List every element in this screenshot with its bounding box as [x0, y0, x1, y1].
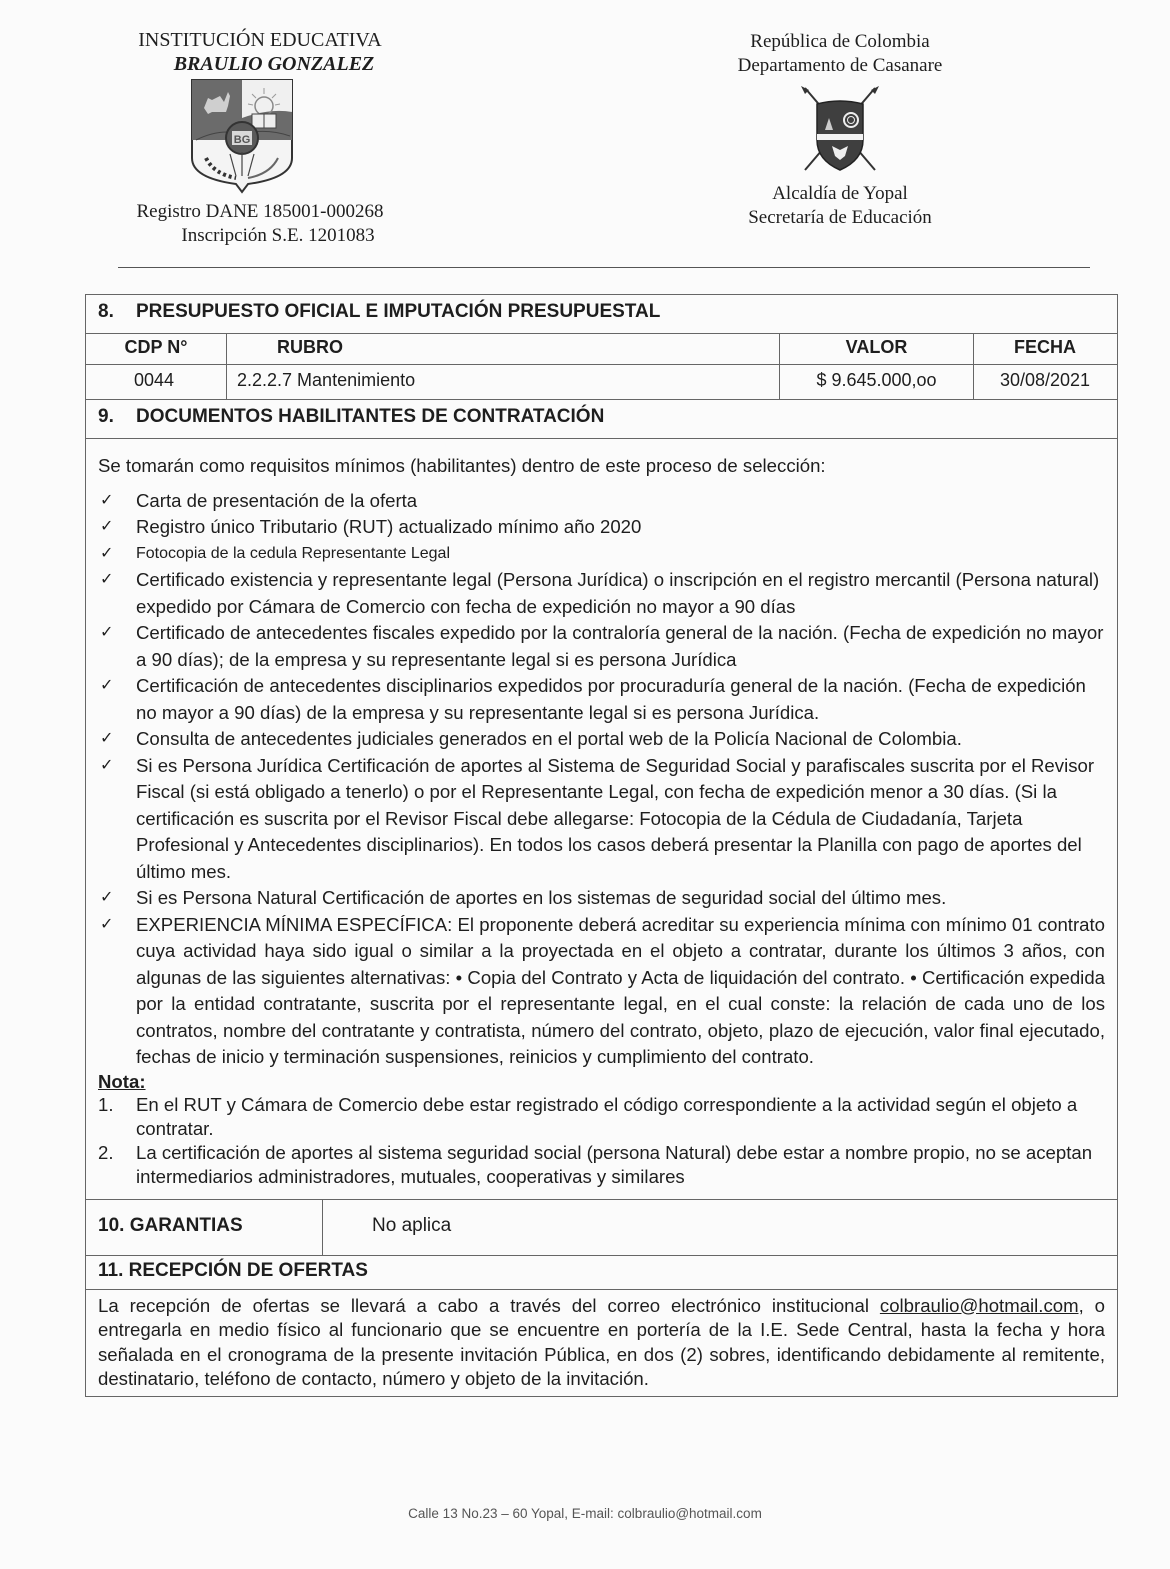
list-item: ✓Consulta de antecedentes judiciales gen… [98, 726, 1105, 753]
institution-header: INSTITUCIÓN EDUCATIVA BRAULIO GONZALEZ B… [100, 28, 420, 248]
section-10: 10. GARANTIAS No aplica [86, 1200, 1117, 1256]
list-item: ✓EXPERIENCIA MÍNIMA ESPECÍFICA: El propo… [98, 912, 1105, 1071]
list-item: ✓Certificado de antecedentes fiscales ex… [98, 620, 1105, 673]
cell-fecha: 30/08/2021 [974, 365, 1116, 399]
list-item: ✓Certificado existencia y representante … [98, 567, 1105, 620]
cell-rubro: 2.2.2.7 Mantenimiento [227, 365, 780, 399]
cell-valor: $ 9.645.000,oo [780, 365, 974, 399]
note-item: 2.La certificación de aportes al sistema… [98, 1141, 1105, 1189]
list-item: ✓Si es Persona Natural Certificación de … [98, 885, 1105, 912]
checkmark-icon: ✓ [100, 488, 113, 515]
section-number: 9. [98, 406, 136, 428]
section-9-title: 9.DOCUMENTOS HABILITANTES DE CONTRATACIÓ… [86, 400, 1117, 439]
guarantees-value: No aplica [323, 1200, 451, 1255]
checkmark-icon: ✓ [100, 514, 113, 541]
list-item: ✓Certificación de antecedentes disciplin… [98, 673, 1105, 726]
column-header-cdp: CDP N° [86, 334, 227, 364]
budget-table-header: CDP N° RUBRO VALOR FECHA [86, 334, 1117, 365]
requirement-text: Certificación de antecedentes disciplina… [136, 675, 1086, 723]
notes-list: 1.En el RUT y Cámara de Comercio debe es… [98, 1093, 1105, 1189]
section-11-title: 11. RECEPCIÓN DE OFERTAS [86, 1256, 1117, 1290]
table-row: 0044 2.2.2.7 Mantenimiento $ 9.645.000,o… [86, 365, 1117, 400]
document-form: 8.PRESUPUESTO OFICIAL E IMPUTACIÓN PRESU… [85, 294, 1118, 1397]
requirement-text: Si es Persona Jurídica Certificación de … [136, 755, 1094, 882]
svg-text:BG: BG [234, 134, 251, 146]
government-header: República de Colombia Departamento de Ca… [700, 30, 980, 230]
section-title-text: DOCUMENTOS HABILITANTES DE CONTRATACIÓN [136, 406, 604, 427]
header-divider [118, 267, 1090, 268]
country-name: República de Colombia [700, 30, 980, 54]
guarantees-label: 10. GARANTIAS [86, 1200, 323, 1255]
requirement-text: Registro único Tributario (RUT) actualiz… [136, 516, 641, 537]
checkmark-icon: ✓ [100, 912, 113, 939]
list-item: ✓Registro único Tributario (RUT) actuali… [98, 514, 1105, 541]
column-header-fecha: FECHA [974, 334, 1116, 364]
institution-shield-icon: BG [190, 78, 294, 194]
casanare-coat-of-arms-icon [795, 84, 885, 176]
institution-type: INSTITUCIÓN EDUCATIVA [100, 28, 420, 52]
requirements-intro: Se tomarán como requisitos mínimos (habi… [98, 453, 1105, 480]
column-header-rubro: RUBRO [227, 334, 780, 364]
checkmark-icon: ✓ [100, 620, 113, 647]
requirement-text: Certificado existencia y representante l… [136, 569, 1099, 617]
requirement-text: Fotocopia de la cedula Representante Leg… [136, 545, 450, 562]
note-item: 1.En el RUT y Cámara de Comercio debe es… [98, 1093, 1105, 1141]
note-number: 1. [98, 1093, 114, 1117]
note-number: 2. [98, 1141, 114, 1165]
requirement-text: Carta de presentación de la oferta [136, 490, 417, 511]
email-link[interactable]: colbraulio@hotmail.com, [880, 1295, 1084, 1316]
requirement-text: Consulta de antecedentes judiciales gene… [136, 728, 962, 749]
offers-text-start: La recepción de ofertas se llevará a cab… [98, 1295, 880, 1316]
checkmark-icon: ✓ [100, 753, 113, 780]
section-9-body: Se tomarán como requisitos mínimos (habi… [86, 439, 1117, 1200]
list-item: ✓Si es Persona Jurídica Certificación de… [98, 753, 1105, 886]
note-text: En el RUT y Cámara de Comercio debe esta… [136, 1094, 1077, 1139]
section-8-title: 8.PRESUPUESTO OFICIAL E IMPUTACIÓN PRESU… [86, 295, 1117, 334]
requirements-list: ✓Carta de presentación de la oferta✓Regi… [98, 488, 1105, 1071]
requirement-text: Si es Persona Natural Certificación de a… [136, 887, 946, 908]
note-title: Nota: [98, 1071, 1105, 1093]
section-number: 8. [98, 301, 136, 323]
list-item: ✓Fotocopia de la cedula Representante Le… [98, 541, 1105, 568]
section-title-text: PRESUPUESTO OFICIAL E IMPUTACIÓN PRESUPU… [136, 301, 660, 322]
institution-name: BRAULIO GONZALEZ [100, 52, 420, 76]
department-name: Departamento de Casanare [700, 54, 980, 78]
list-item: ✓Carta de presentación de la oferta [98, 488, 1105, 515]
cell-cdp: 0044 [86, 365, 227, 399]
page-footer: Calle 13 No.23 – 60 Yopal, E-mail: colbr… [0, 1506, 1170, 1521]
section-11-body: La recepción de ofertas se llevará a cab… [86, 1290, 1117, 1397]
checkmark-icon: ✓ [100, 673, 113, 700]
checkmark-icon: ✓ [100, 567, 113, 594]
requirement-text: Certificado de antecedentes fiscales exp… [136, 622, 1103, 670]
dane-registry: Registro DANE 185001-000268 [100, 200, 420, 224]
checkmark-icon: ✓ [100, 541, 113, 568]
municipality-name: Alcaldía de Yopal [700, 182, 980, 206]
requirement-text: EXPERIENCIA MÍNIMA ESPECÍFICA: El propon… [136, 914, 1105, 1068]
column-header-valor: VALOR [780, 334, 974, 364]
secretariat-name: Secretaría de Educación [700, 206, 980, 230]
checkmark-icon: ✓ [100, 726, 113, 753]
note-text: La certificación de aportes al sistema s… [136, 1142, 1092, 1187]
se-inscription: Inscripción S.E. 1201083 [100, 224, 420, 248]
checkmark-icon: ✓ [100, 885, 113, 912]
